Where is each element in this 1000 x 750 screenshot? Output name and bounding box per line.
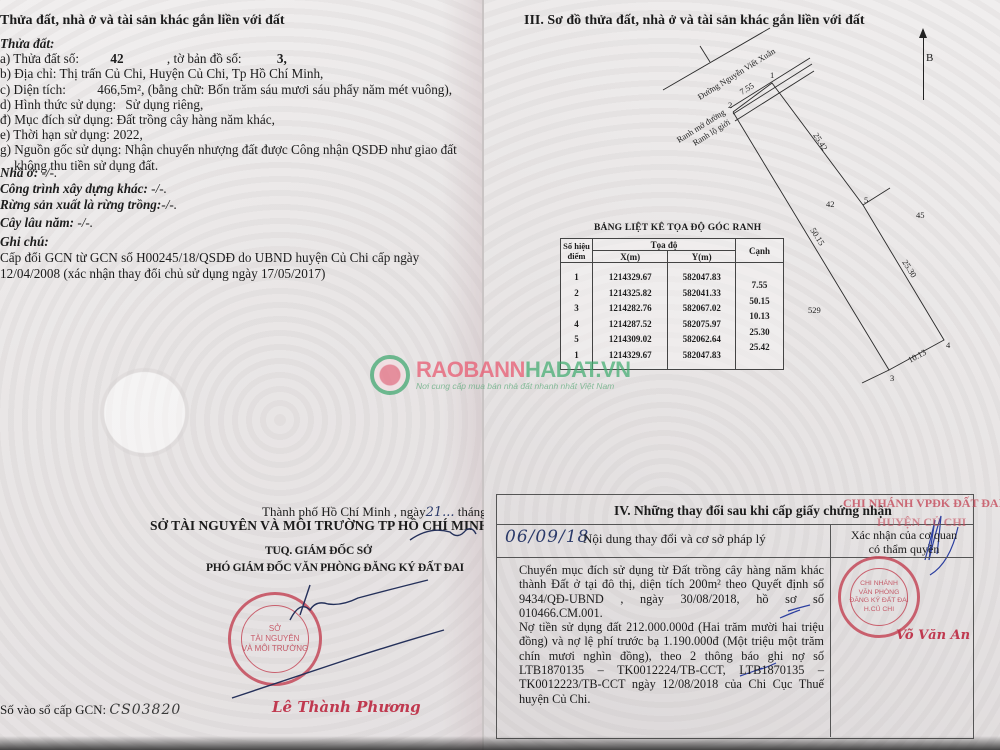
watermark-logo: RAOBANNHADAT.VN Nơi cung cấp mua bán nhà… (370, 355, 631, 395)
map-number-value: 3, (277, 51, 287, 66)
change-paragraph-2: Nợ tiền sử dụng đất 212.000.000đ (Hai tr… (519, 620, 824, 706)
row-divider (497, 557, 973, 558)
other-construction-value: -/-. (151, 181, 167, 196)
edge-length: 10.13 (736, 309, 783, 325)
plot-number-value: 42 (110, 51, 123, 66)
change-paragraph-1: Chuyển mục đích sử dụng từ Đất trồng cây… (519, 563, 824, 620)
y-coordinate: 582075.97 (668, 317, 735, 333)
field-plot-number: a) Thửa đất số: 42 , tờ bản đồ số: 3, (0, 51, 470, 66)
label: e) Thời hạn sử dụng: (0, 127, 110, 142)
notes-text-cont: 12/04/2008 (xác nhận thay đổi chủ sử dụn… (0, 266, 470, 282)
stamp-line: ĐĂNG KÝ ĐẤT ĐAI (849, 597, 908, 606)
y-coordinate: 582062.64 (668, 332, 735, 348)
watermark-brand: RAOBANNHADAT.VN (416, 359, 631, 381)
signer-name-right: Võ Văn An (896, 628, 970, 643)
column-header-confirm: Xác nhận của cơ quan có thẩm quyền (849, 528, 959, 556)
x-coordinate: 1214325.82 (593, 286, 667, 302)
y-column: 582047.83582041.33582067.02582075.975820… (668, 263, 736, 364)
x-coordinate: 1214287.52 (593, 317, 667, 333)
field-address: b) Địa chỉ: Thị trấn Củ Chi, Huyện Củ Ch… (0, 66, 470, 81)
change-content: Chuyển mục đích sử dụng từ Đất trồng cây… (519, 563, 824, 706)
brand-part1: RAOBANN (416, 357, 525, 382)
y-coordinate: 582067.02 (668, 301, 735, 317)
column-header-content: Nội dung thay đổi và cơ sở pháp lý (583, 531, 766, 547)
label: a) Thửa đất số: (0, 51, 79, 66)
edge-column: 7.5550.1510.1325.3025.42 (736, 263, 784, 364)
origin-value: Nhận chuyển nhượng đất được Công nhận QS… (125, 142, 457, 157)
section-title-diagram: III. Sơ đồ thửa đất, nhà ở và tài sản kh… (524, 13, 865, 29)
notes-text: Cấp đổi GCN từ GCN số H00245/18/QSDĐ do … (0, 250, 470, 266)
address-value: Thị trấn Củ Chi, Huyện Củ Chi, Tp Hồ Chí… (59, 66, 323, 81)
city-prefix: Thành phố Hồ Chí Minh , ngày (262, 504, 426, 519)
header-point: Số hiệu điểm (561, 239, 593, 263)
usage-form-value: Sử dụng riêng, (125, 97, 203, 112)
label: d) Hình thức sử dụng: (0, 97, 116, 112)
point-column: 123451 (561, 263, 593, 364)
notes-label: Ghi chú: (0, 234, 470, 250)
other-construction-label: Công trình xây dựng khác: (0, 181, 148, 196)
official-stamp-right: CHI NHÁNH VĂN PHÒNG ĐĂNG KÝ ĐẤT ĐAI H.CỦ… (838, 556, 920, 638)
brand-part2: HADAT.VN (525, 357, 631, 382)
header-y: Y(m) (668, 251, 736, 263)
label: c) Diện tích: (0, 82, 66, 97)
y-coordinate: 582041.33 (668, 286, 735, 302)
point-id: 1 (561, 270, 592, 286)
watermark-tagline: Nơi cung cấp mua bán nhà đất nhanh nhất … (416, 381, 631, 391)
point-id: 3 (561, 301, 592, 317)
perennial-label: Cây lâu năm: (0, 215, 74, 230)
label: b) Địa chỉ: (0, 66, 56, 81)
stamp-line: VÀ MÔI TRƯỜNG (242, 644, 308, 654)
forest-label: Rừng sản xuất là rừng trồng: (0, 197, 161, 212)
signer-name-left: Lê Thành Phương (272, 698, 421, 716)
header-coords: Tọa độ (593, 239, 736, 251)
land-plot-heading: Thửa đất: (0, 36, 470, 51)
edge-length: 50.15 (736, 294, 783, 310)
label: g) Nguồn gốc sử dụng: (0, 142, 121, 157)
signer-role-2: PHÓ GIÁM ĐỐC VĂN PHÒNG ĐĂNG KÝ ĐẤT ĐAI (206, 562, 464, 574)
forest-value: -/-. (161, 197, 177, 212)
north-label: B (926, 52, 933, 64)
stamp-line: SỞ (269, 624, 281, 634)
y-coordinate: 582047.83 (668, 348, 735, 364)
label: , tờ bản đồ số: (167, 51, 242, 66)
house-label: Nhà ở: (0, 165, 38, 180)
x-column: 1214329.671214325.821214282.761214287.52… (593, 263, 668, 364)
x-coordinate: 1214329.67 (593, 270, 667, 286)
north-arrow-icon (923, 30, 924, 100)
label: đ) Mục đích sử dụng: (0, 112, 113, 127)
stamp-header-red: CHI NHÁNH VPĐK ĐẤT ĐAI (843, 496, 1000, 511)
edge-length: 25.30 (736, 325, 783, 341)
field-usage-form: d) Hình thức sử dụng: Sử dụng riêng, (0, 97, 470, 112)
house-value: -/-. (42, 165, 58, 180)
coordinates-table: Số hiệu điểm Tọa độ Cạnh X(m) Y(m) 12345… (560, 238, 784, 370)
stamp-line: TÀI NGUYÊN (251, 634, 300, 644)
x-coordinate: 1214282.76 (593, 301, 667, 317)
point-id: 5 (561, 332, 592, 348)
coordinates-table-title: BẢNG LIỆT KÊ TỌA ĐỘ GÓC RANH (594, 223, 761, 233)
field-usage-term: e) Thời hạn sử dụng: 2022, (0, 127, 470, 142)
stamp-line: CHI NHÁNH (860, 580, 898, 589)
field-area: c) Diện tích: 466,5m², (bằng chữ: Bốn tr… (0, 82, 470, 97)
point-id: 2 (561, 286, 592, 302)
x-coordinate: 1214309.02 (593, 332, 667, 348)
y-coordinate: 582047.83 (668, 270, 735, 286)
issuing-organization: SỞ TÀI NGUYÊN VÀ MÔI TRƯỜNG TP HỒ CHÍ MI… (150, 518, 489, 534)
field-usage-purpose: đ) Mục đích sử dụng: Đất trồng cây hàng … (0, 112, 470, 127)
stamp-header-red-2: HUYỆN CỦ CHI (877, 515, 966, 530)
edge-length: 25.42 (736, 340, 783, 356)
edge-length: 7.55 (736, 278, 783, 294)
perennial-value: -/-. (77, 215, 93, 230)
official-stamp-left: SỞ TÀI NGUYÊN VÀ MÔI TRƯỜNG (228, 592, 322, 686)
stamp-line: VĂN PHÒNG (859, 589, 900, 598)
usage-term-value: 2022, (113, 127, 143, 142)
gcn-label: Số vào sổ cấp GCN: (0, 702, 106, 717)
change-date: 06/09/18 (505, 527, 589, 547)
point-id: 4 (561, 317, 592, 333)
header-edge: Cạnh (736, 239, 784, 263)
watermark-building-icon (370, 355, 410, 395)
gcn-register-number: Số vào sổ cấp GCN: CS03820 (0, 702, 181, 718)
land-plot-details: Thửa đất: a) Thửa đất số: 42 , tờ bản đồ… (0, 36, 470, 173)
gcn-value: CS03820 (109, 702, 181, 718)
field-origin: g) Nguồn gốc sử dụng: Nhận chuyển nhượng… (0, 142, 470, 157)
usage-purpose-value: Đất trồng cây hàng năm khác, (117, 112, 275, 127)
header-x: X(m) (593, 251, 668, 263)
section-title-land: Thửa đất, nhà ở và tài sản khác gắn liền… (0, 13, 285, 29)
month-label: tháng (458, 504, 487, 519)
signer-role-1: TUQ. GIÁM ĐỐC SỞ (265, 545, 372, 557)
property-assets: Nhà ở: -/-. Công trình xây dựng khác: -/… (0, 165, 470, 282)
area-value: 466,5m², (bằng chữ: Bốn trăm sáu mươi sá… (97, 82, 452, 97)
stamp-line: H.CỦ CHI (864, 606, 894, 615)
page-bottom-shadow (0, 736, 1000, 750)
